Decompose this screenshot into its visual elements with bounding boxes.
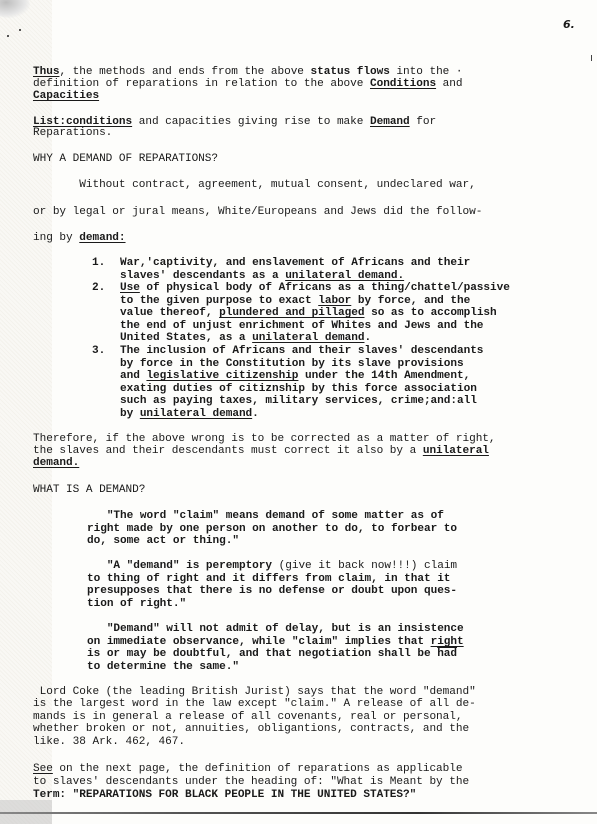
- list-item-line: exating duties of citiznship by this for…: [120, 383, 477, 396]
- list-item-line: by force in the Constitution by its slav…: [120, 358, 464, 371]
- list-item-line: such as paying taxes, military services,…: [120, 395, 477, 408]
- list-item-line: and legislative citizenship under the 14…: [120, 370, 470, 383]
- heading-why-demand: WHY A DEMAND OF REPARATIONS?: [33, 153, 218, 166]
- list-item-line: United States, as a unilateral demand.: [120, 332, 371, 345]
- document-page: 6. Thus, the methods and ends from the a…: [0, 0, 597, 824]
- page-number: 6.: [563, 18, 575, 31]
- list-item-number: 2.: [92, 282, 105, 295]
- list-item-line: War,'captivity, and enslavement of Afric…: [120, 257, 470, 270]
- scan-speck: [7, 35, 9, 37]
- margin-mark: [591, 55, 592, 61]
- list-item-line: The inclusion of Africans and their slav…: [120, 345, 483, 358]
- list-item-line: slaves' descendants as a unilateral dema…: [120, 270, 404, 283]
- list-item-line: Use of physical body of Africans as a th…: [120, 282, 510, 295]
- list-conditions-line-2: Reparations.: [33, 127, 112, 140]
- heading-what-is-demand: WHAT IS A DEMAND?: [33, 484, 145, 497]
- page-bottom-edge: [0, 812, 597, 814]
- list-item-line: to the given purpose to exact labor by f…: [120, 295, 470, 308]
- list-item-line: the end of unjust enrichment of Whites a…: [120, 320, 483, 333]
- why-paragraph-line-3: ing by demand:: [33, 232, 126, 245]
- therefore-line-2: the slaves and their descendants must co…: [33, 445, 489, 458]
- why-paragraph-line-1: Without contract, agreement, mutual cons…: [33, 179, 476, 192]
- list-item-line: value thereof, plundered and pillaged so…: [120, 307, 497, 320]
- why-paragraph-line-2: or by legal or jural means, White/Europe…: [33, 206, 482, 219]
- scan-speck: [19, 29, 21, 31]
- list-item-number: 3.: [92, 345, 105, 358]
- list-item-number: 1.: [92, 257, 105, 270]
- therefore-line-3: demand.: [33, 457, 79, 470]
- intro-line-3: Capacities: [33, 90, 99, 103]
- list-item-line: by unilateral demand.: [120, 408, 259, 421]
